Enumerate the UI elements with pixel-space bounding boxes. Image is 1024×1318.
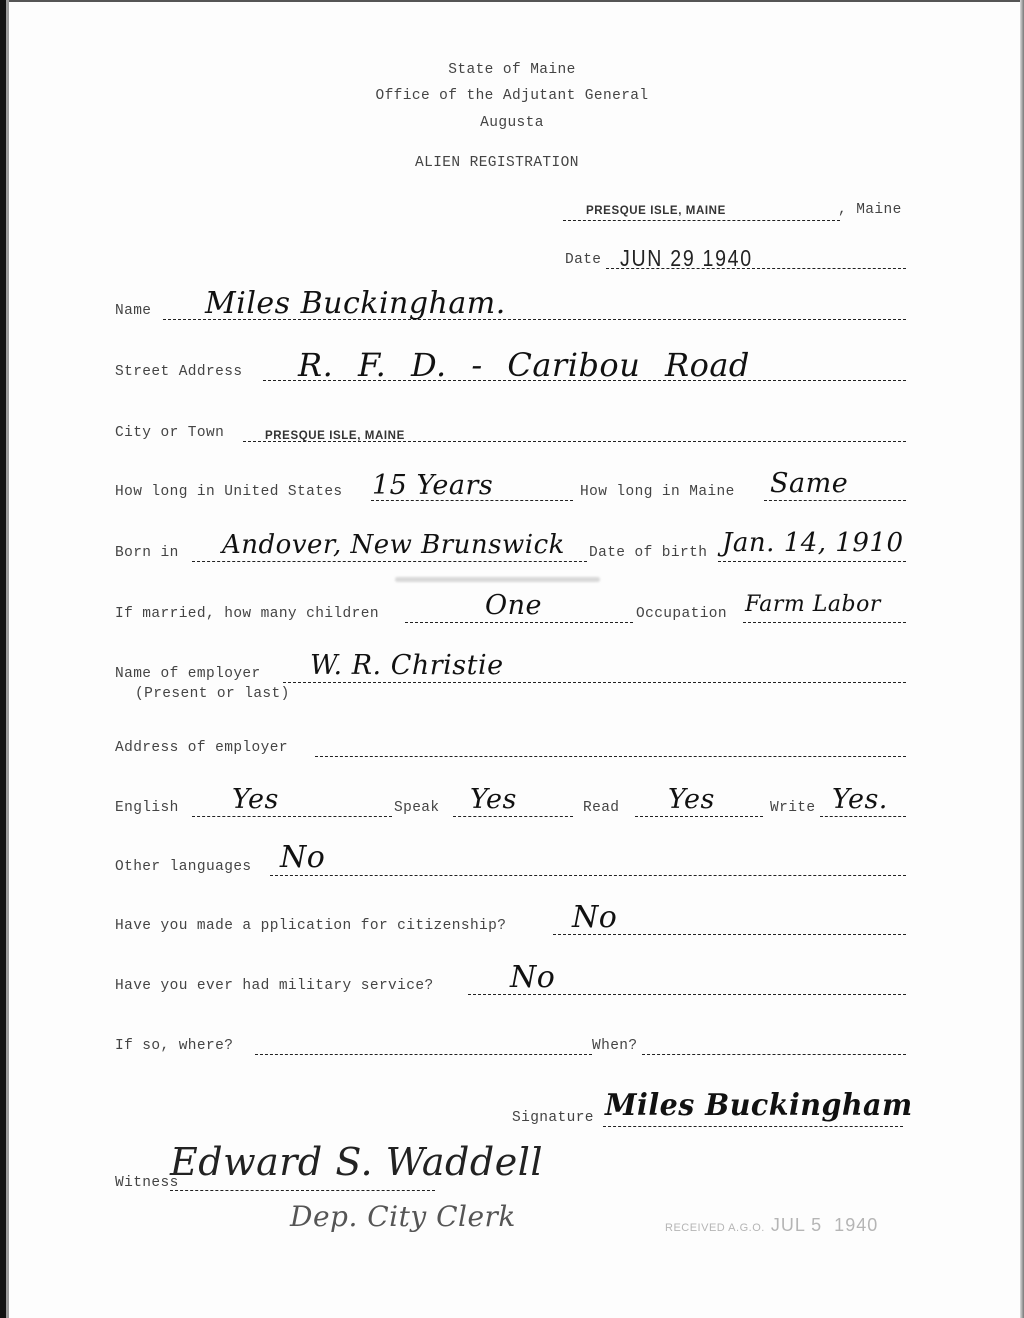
date-stamp: JUN 29 1940	[620, 245, 753, 272]
street-address-value[interactable]: R. F. D. - Caribou Road	[298, 346, 750, 384]
when-label: When?	[592, 1038, 638, 1054]
scan-edge-right	[1020, 0, 1024, 1318]
how-long-us-label: How long in United States	[115, 484, 343, 500]
signature-line	[603, 1126, 903, 1127]
city-label: City or Town	[115, 425, 224, 441]
english-label: English	[115, 800, 179, 816]
received-stamp-prefix: RECEIVED A.G.O.	[665, 1222, 765, 1234]
form-title: ALIEN REGISTRATION	[415, 155, 579, 171]
when-line	[642, 1054, 906, 1055]
read-value[interactable]: Yes	[668, 784, 715, 815]
children-line	[405, 622, 633, 623]
date-label: Date	[565, 252, 601, 268]
ink-smudge	[395, 577, 600, 582]
born-in-value[interactable]: Andover, New Brunswick	[222, 530, 565, 560]
employer-name-sublabel: (Present or last)	[135, 686, 290, 702]
name-value[interactable]: Miles Buckingham.	[205, 286, 506, 321]
header-office: Office of the Adjutant General	[0, 88, 1024, 104]
employer-name-line	[283, 682, 906, 683]
speak-value[interactable]: Yes	[470, 784, 517, 815]
read-line	[635, 816, 763, 817]
name-label: Name	[115, 303, 151, 319]
employer-address-label: Address of employer	[115, 740, 288, 756]
witness-title: Dep. City Clerk	[290, 1200, 516, 1233]
children-label: If married, how many children	[115, 606, 379, 622]
children-value[interactable]: One	[485, 590, 542, 621]
how-long-maine-label: How long in Maine	[580, 484, 735, 500]
employer-name-value[interactable]: W. R. Christie	[310, 650, 504, 681]
read-label: Read	[583, 800, 619, 816]
other-languages-value[interactable]: No	[280, 840, 325, 875]
date-of-birth-value[interactable]: Jan. 14, 1910	[722, 528, 903, 558]
signature-value[interactable]: Miles Buckingham	[605, 1088, 913, 1123]
military-value[interactable]: No	[510, 960, 555, 995]
city-stamp[interactable]: PRESQUE ISLE, MAINE	[265, 430, 405, 442]
born-in-label: Born in	[115, 545, 179, 561]
scan-edge-top	[0, 0, 1024, 2]
other-languages-label: Other languages	[115, 859, 252, 875]
english-value[interactable]: Yes	[232, 784, 279, 815]
place-stamp: PRESQUE ISLE, MAINE	[586, 205, 726, 217]
where-label: If so, where?	[115, 1038, 233, 1054]
occupation-value[interactable]: Farm Labor	[745, 592, 881, 617]
place-suffix: , Maine	[838, 202, 902, 218]
date-of-birth-line	[718, 561, 906, 562]
how-long-us-value[interactable]: 15 Years	[372, 470, 493, 501]
employer-address-line	[315, 756, 906, 757]
write-line	[820, 816, 906, 817]
english-line	[192, 816, 392, 817]
date-of-birth-label: Date of birth	[589, 545, 707, 561]
write-label: Write	[770, 800, 816, 816]
how-long-maine-line	[764, 500, 906, 501]
write-value[interactable]: Yes.	[832, 784, 888, 815]
received-stamp: RECEIVED A.G.O. JUL 5 1940	[665, 1215, 878, 1236]
speak-label: Speak	[394, 800, 440, 816]
occupation-line	[743, 622, 906, 623]
citizenship-value[interactable]: No	[572, 900, 617, 935]
military-label: Have you ever had military service?	[115, 978, 434, 994]
scan-edge-left-shadow	[6, 0, 9, 1318]
witness-value[interactable]: Edward S. Waddell	[170, 1140, 543, 1184]
header-city: Augusta	[0, 115, 1024, 131]
occupation-label: Occupation	[636, 606, 727, 622]
born-in-line	[192, 561, 587, 562]
witness-line	[170, 1190, 435, 1191]
signature-label: Signature	[512, 1110, 594, 1126]
citizenship-label: Have you made a pplication for citizensh…	[115, 918, 506, 934]
employer-name-label: Name of employer	[115, 666, 261, 682]
where-line	[255, 1054, 592, 1055]
street-address-label: Street Address	[115, 364, 242, 380]
received-stamp-date: JUL 5 1940	[771, 1215, 878, 1235]
header-state: State of Maine	[0, 62, 1024, 78]
speak-line	[453, 816, 573, 817]
place-line	[563, 220, 840, 221]
how-long-maine-value[interactable]: Same	[770, 468, 848, 499]
other-languages-line	[270, 875, 906, 876]
